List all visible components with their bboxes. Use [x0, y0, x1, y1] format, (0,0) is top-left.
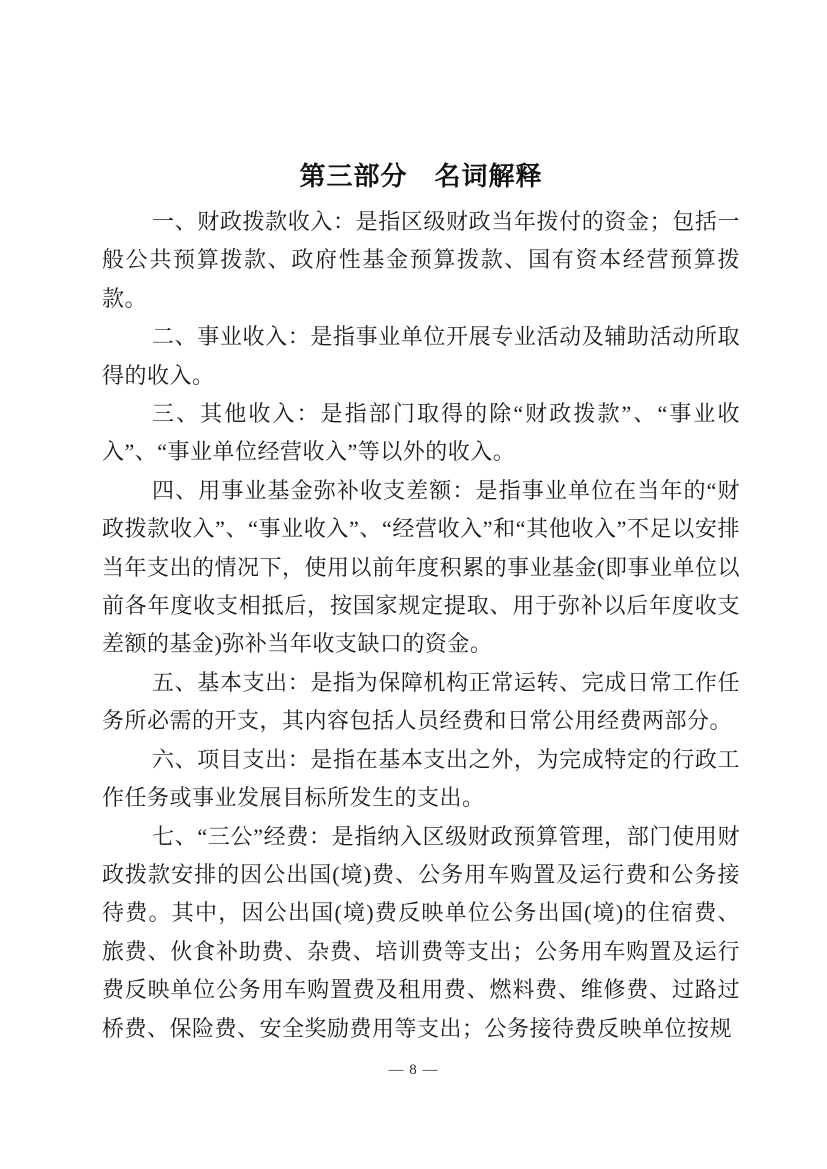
- page-title: 第三部分 名词解释: [102, 160, 740, 192]
- paragraph-project-expenditure: 六、项目支出：是指在基本支出之外，为完成特定的行政工作任务或事业发展目标所发生的…: [102, 741, 740, 818]
- document-content: 第三部分 名词解释 一、财政拨款收入：是指区级财政当年拨付的资金；包括一般公共预…: [102, 160, 740, 1048]
- paragraph-operating-income: 二、事业收入：是指事业单位开展专业活动及辅助活动所取得的收入。: [102, 318, 740, 395]
- document-page: 第三部分 名词解释 一、财政拨款收入：是指区级财政当年拨付的资金；包括一般公共预…: [0, 0, 827, 1169]
- paragraph-basic-expenditure: 五、基本支出：是指为保障机构正常运转、完成日常工作任务所必需的开支，其内容包括人…: [102, 664, 740, 741]
- paragraph-other-income: 三、其他收入：是指部门取得的除“财政拨款”、“事业收入”、“事业单位经营收入”等…: [102, 395, 740, 472]
- paragraph-fiscal-appropriation-income: 一、财政拨款收入：是指区级财政当年拨付的资金；包括一般公共预算拨款、政府性基金预…: [102, 203, 740, 318]
- paragraph-three-public-funds: 七、“三公”经费：是指纳入区级财政预算管理，部门使用财政拨款安排的因公出国(境)…: [102, 818, 740, 1048]
- page-number: — 8 —: [0, 1062, 827, 1079]
- paragraph-fund-balance-offset: 四、用事业基金弥补收支差额：是指事业单位在当年的“财政拨款收入”、“事业收入”、…: [102, 472, 740, 664]
